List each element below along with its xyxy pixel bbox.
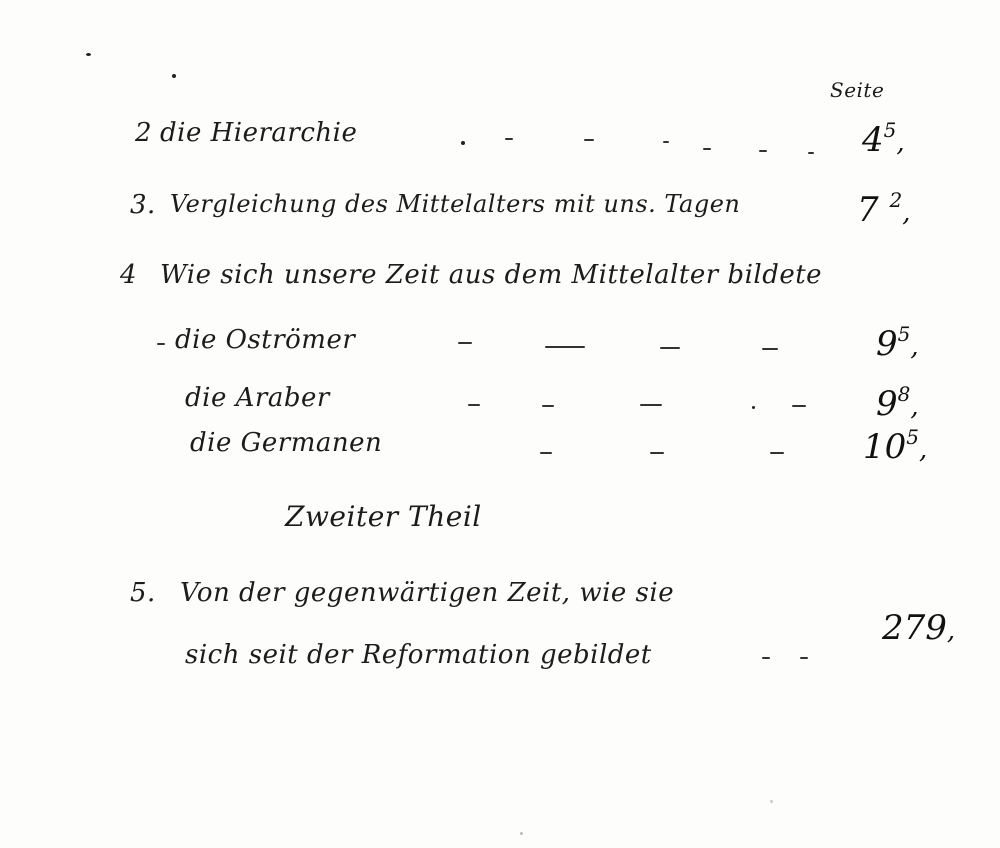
entry-number: 2 xyxy=(135,118,152,148)
leader-dash xyxy=(540,452,552,454)
leader-dash xyxy=(157,343,165,345)
comma: , xyxy=(947,616,955,646)
leader-dash xyxy=(640,404,662,406)
comma: , xyxy=(919,435,927,465)
leader-dash xyxy=(660,347,680,349)
entry-title-line2: sich seit der Reformation gebildet xyxy=(185,640,652,670)
leader-dash xyxy=(759,150,767,152)
leader-dash xyxy=(468,404,480,406)
manuscript-page: Seite 2 die Hierarchie 45, 3. Vergleichu… xyxy=(0,0,1000,848)
leader-dot xyxy=(752,406,755,409)
page-number: 7 2, xyxy=(857,188,910,230)
comma: , xyxy=(896,128,904,158)
leader-dash xyxy=(663,141,669,143)
ink-speck xyxy=(520,832,523,835)
page-number: 95, xyxy=(876,322,919,364)
entry-title: die Hierarchie xyxy=(160,118,357,148)
leader-dash xyxy=(762,657,770,659)
subentry-title: die Araber xyxy=(185,383,330,413)
entry-number: 3. xyxy=(130,190,156,220)
subentry-title: die Oströmer xyxy=(175,325,355,355)
subentry-title: die Germanen xyxy=(190,428,382,458)
page-number-sup: 5 xyxy=(884,118,897,142)
ink-speck xyxy=(770,800,773,803)
leader-dash xyxy=(545,346,585,348)
page-number-main: 10 xyxy=(863,427,906,467)
page-number-sup: 5 xyxy=(906,425,919,449)
ink-speck xyxy=(172,74,176,78)
page-number-sup: 2 xyxy=(889,188,902,212)
entry-number: 5. xyxy=(130,578,156,608)
entry-title: Vergleichung des Mittelalters mit uns. T… xyxy=(170,190,740,218)
leader-dash xyxy=(800,657,808,659)
page-number-sup: 5 xyxy=(898,322,911,346)
ink-speck xyxy=(86,53,91,56)
page-number-main: 4 xyxy=(862,120,884,160)
page-number: 105, xyxy=(863,425,927,467)
entry-number: 4 xyxy=(120,260,137,290)
page-number-main: 9 xyxy=(876,324,898,364)
leader-dash xyxy=(542,405,554,407)
leader-dash xyxy=(792,405,806,407)
page-number-main: 7 xyxy=(857,190,879,230)
leader-dash xyxy=(762,348,778,350)
page-number-main: 279 xyxy=(882,608,947,648)
leader-dash xyxy=(770,452,784,454)
leader-dot xyxy=(461,141,465,145)
comma: , xyxy=(910,332,918,362)
section-heading: Zweiter Theil xyxy=(285,500,482,533)
page-number: 279, xyxy=(882,608,955,648)
entry-title-line1: Von der gegenwärtigen Zeit, wie sie xyxy=(180,578,674,608)
leader-dash xyxy=(650,452,664,454)
comma: , xyxy=(902,198,910,228)
leader-dash xyxy=(458,342,472,344)
page-number-main: 9 xyxy=(876,384,898,424)
leader-dash xyxy=(703,148,711,150)
page-number: 98, xyxy=(876,382,919,424)
leader-dash xyxy=(505,138,513,140)
page-number-sup: 8 xyxy=(898,382,911,406)
leader-dash xyxy=(808,152,814,154)
entry-title: Wie sich unsere Zeit aus dem Mittelalter… xyxy=(160,260,822,290)
comma: , xyxy=(910,392,918,422)
column-header-page: Seite xyxy=(830,78,884,102)
page-number: 45, xyxy=(862,118,905,160)
leader-dash xyxy=(584,139,594,141)
